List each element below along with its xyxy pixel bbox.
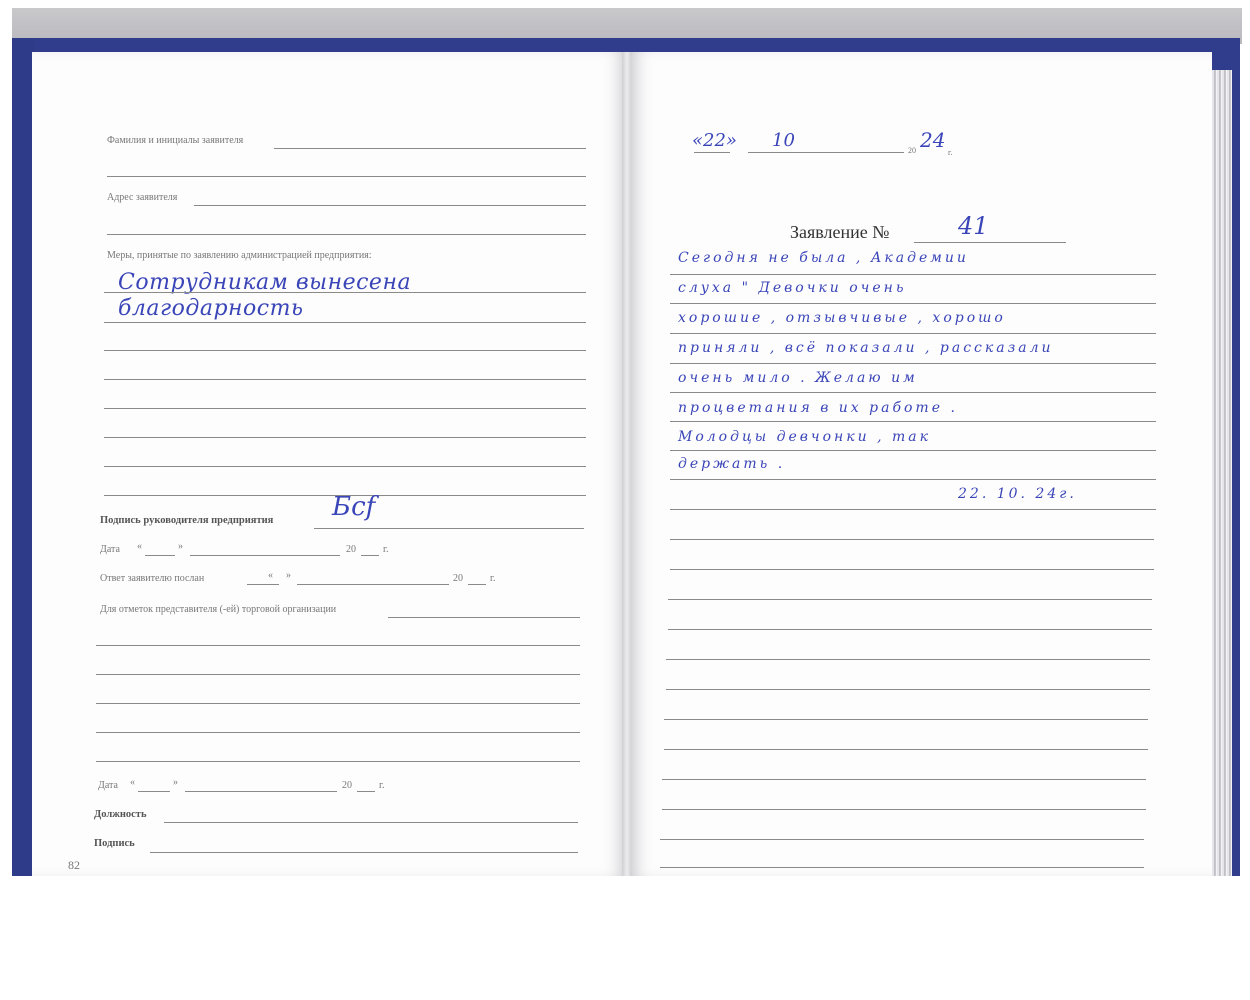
quote-open: «	[137, 541, 142, 552]
signature-label: Подпись	[94, 838, 135, 849]
body-rule[interactable]	[670, 509, 1156, 510]
body-rule[interactable]	[670, 392, 1156, 393]
scan-margin	[0, 876, 1250, 1000]
date2-day-line[interactable]	[138, 791, 170, 792]
date-month-handwritten: 10	[772, 130, 795, 151]
measures-handwritten-line-2: благодарность	[118, 296, 303, 321]
date-label: Дата	[100, 544, 120, 555]
date2-year-line[interactable]	[357, 791, 375, 792]
body-rule[interactable]	[670, 539, 1154, 540]
applicant-name-line-2[interactable]	[107, 176, 586, 177]
trade-org-line[interactable]	[96, 732, 580, 733]
left-page: Фамилия и инициалы заявителя Адрес заяви…	[32, 52, 626, 876]
year-prefix: 20	[453, 573, 463, 584]
statement-number: 41	[958, 212, 989, 240]
position-line[interactable]	[164, 822, 578, 823]
trade-org-line[interactable]	[96, 674, 580, 675]
body-rule[interactable]	[662, 779, 1146, 780]
body-rule[interactable]	[666, 659, 1150, 660]
statement-title: Заявление №	[790, 222, 889, 243]
year-handwritten: 24	[920, 128, 945, 152]
body-rule[interactable]	[660, 867, 1144, 868]
date-day-line[interactable]	[145, 555, 175, 556]
applicant-name-line[interactable]	[274, 148, 586, 149]
body-rule[interactable]	[666, 689, 1150, 690]
reply-year-line[interactable]	[468, 584, 486, 585]
body-rule[interactable]	[670, 479, 1156, 480]
year-suffix: г.	[490, 573, 495, 584]
body-line: Молодцы девчонки , так	[678, 429, 931, 445]
trade-org-line[interactable]	[388, 617, 580, 618]
date2-month-line[interactable]	[185, 791, 337, 792]
quote-close: »	[178, 541, 183, 552]
year-prefix: 20	[908, 146, 916, 155]
measures-line[interactable]	[104, 350, 586, 351]
quote-open: «	[130, 777, 135, 788]
year-prefix: 20	[342, 780, 352, 791]
measures-line[interactable]	[104, 466, 586, 467]
body-rule[interactable]	[670, 333, 1156, 334]
trade-org-line[interactable]	[96, 761, 580, 762]
applicant-name-label: Фамилия и инициалы заявителя	[107, 135, 243, 146]
manager-signature: Бсf	[332, 492, 375, 522]
date-month-line[interactable]	[748, 152, 904, 153]
quote-close: »	[286, 570, 291, 581]
measures-line[interactable]	[104, 437, 586, 438]
applicant-address-line-2[interactable]	[107, 234, 586, 235]
quote-close: »	[173, 777, 178, 788]
body-rule[interactable]	[668, 599, 1152, 600]
page-edges	[1212, 70, 1232, 876]
reply-day-line[interactable]	[247, 584, 279, 585]
right-page: «22» 10 20 24 г. Заявление № 41 Сегодня …	[630, 52, 1212, 876]
body-line: хорошие , отзывчивые , хорошо	[678, 310, 1006, 326]
body-rule[interactable]	[670, 363, 1156, 364]
date2-label: Дата	[98, 780, 118, 791]
measures-line[interactable]	[104, 292, 586, 293]
body-line: процветания в их работе .	[678, 400, 958, 416]
measures-line[interactable]	[104, 379, 586, 380]
body-rule[interactable]	[660, 839, 1144, 840]
body-rule[interactable]	[664, 749, 1148, 750]
statement-number-line[interactable]	[914, 242, 1066, 243]
year-suffix: г.	[379, 780, 384, 791]
date-year-line[interactable]	[361, 555, 379, 556]
applicant-address-label: Адрес заявителя	[107, 192, 177, 203]
body-line: приняли , всё показали , рассказали	[678, 340, 1054, 356]
signed-date: 22. 10. 24г.	[958, 486, 1077, 502]
body-line: держать .	[678, 456, 785, 472]
position-label: Должность	[94, 809, 147, 820]
trade-org-line[interactable]	[96, 645, 580, 646]
body-rule[interactable]	[670, 569, 1154, 570]
body-rule[interactable]	[670, 274, 1156, 275]
body-rule[interactable]	[664, 719, 1148, 720]
signature-line[interactable]	[150, 852, 578, 853]
body-rule[interactable]	[668, 629, 1152, 630]
quote-open: «	[268, 570, 273, 581]
manager-signature-label: Подпись руководителя предприятия	[100, 515, 273, 526]
body-line: Сегодня не была , Академии	[678, 250, 969, 266]
date-day-handwritten: «22»	[692, 130, 737, 151]
year-suffix: г.	[948, 148, 952, 157]
date-month-line[interactable]	[190, 555, 340, 556]
applicant-address-line[interactable]	[194, 205, 586, 206]
page-number: 82	[68, 858, 80, 873]
cover-edge	[12, 38, 34, 876]
measures-line[interactable]	[104, 408, 586, 409]
body-rule[interactable]	[670, 303, 1156, 304]
reply-sent-label: Ответ заявителю послан	[100, 573, 204, 584]
year-suffix: г.	[383, 544, 388, 555]
trade-org-label: Для отметок представителя (-ей) торговой…	[100, 604, 336, 615]
year-prefix: 20	[346, 544, 356, 555]
body-rule[interactable]	[662, 809, 1146, 810]
body-rule[interactable]	[670, 450, 1156, 451]
body-line: очень мило . Желаю им	[678, 370, 918, 386]
date-day-line[interactable]	[694, 152, 730, 153]
reply-month-line[interactable]	[297, 584, 449, 585]
trade-org-line[interactable]	[96, 703, 580, 704]
measures-line[interactable]	[104, 322, 586, 323]
manager-signature-line[interactable]	[314, 528, 584, 529]
body-rule[interactable]	[670, 421, 1156, 422]
measures-label: Меры, принятые по заявлению администраци…	[107, 250, 372, 261]
body-line: слуха " Девочки очень	[678, 280, 907, 296]
